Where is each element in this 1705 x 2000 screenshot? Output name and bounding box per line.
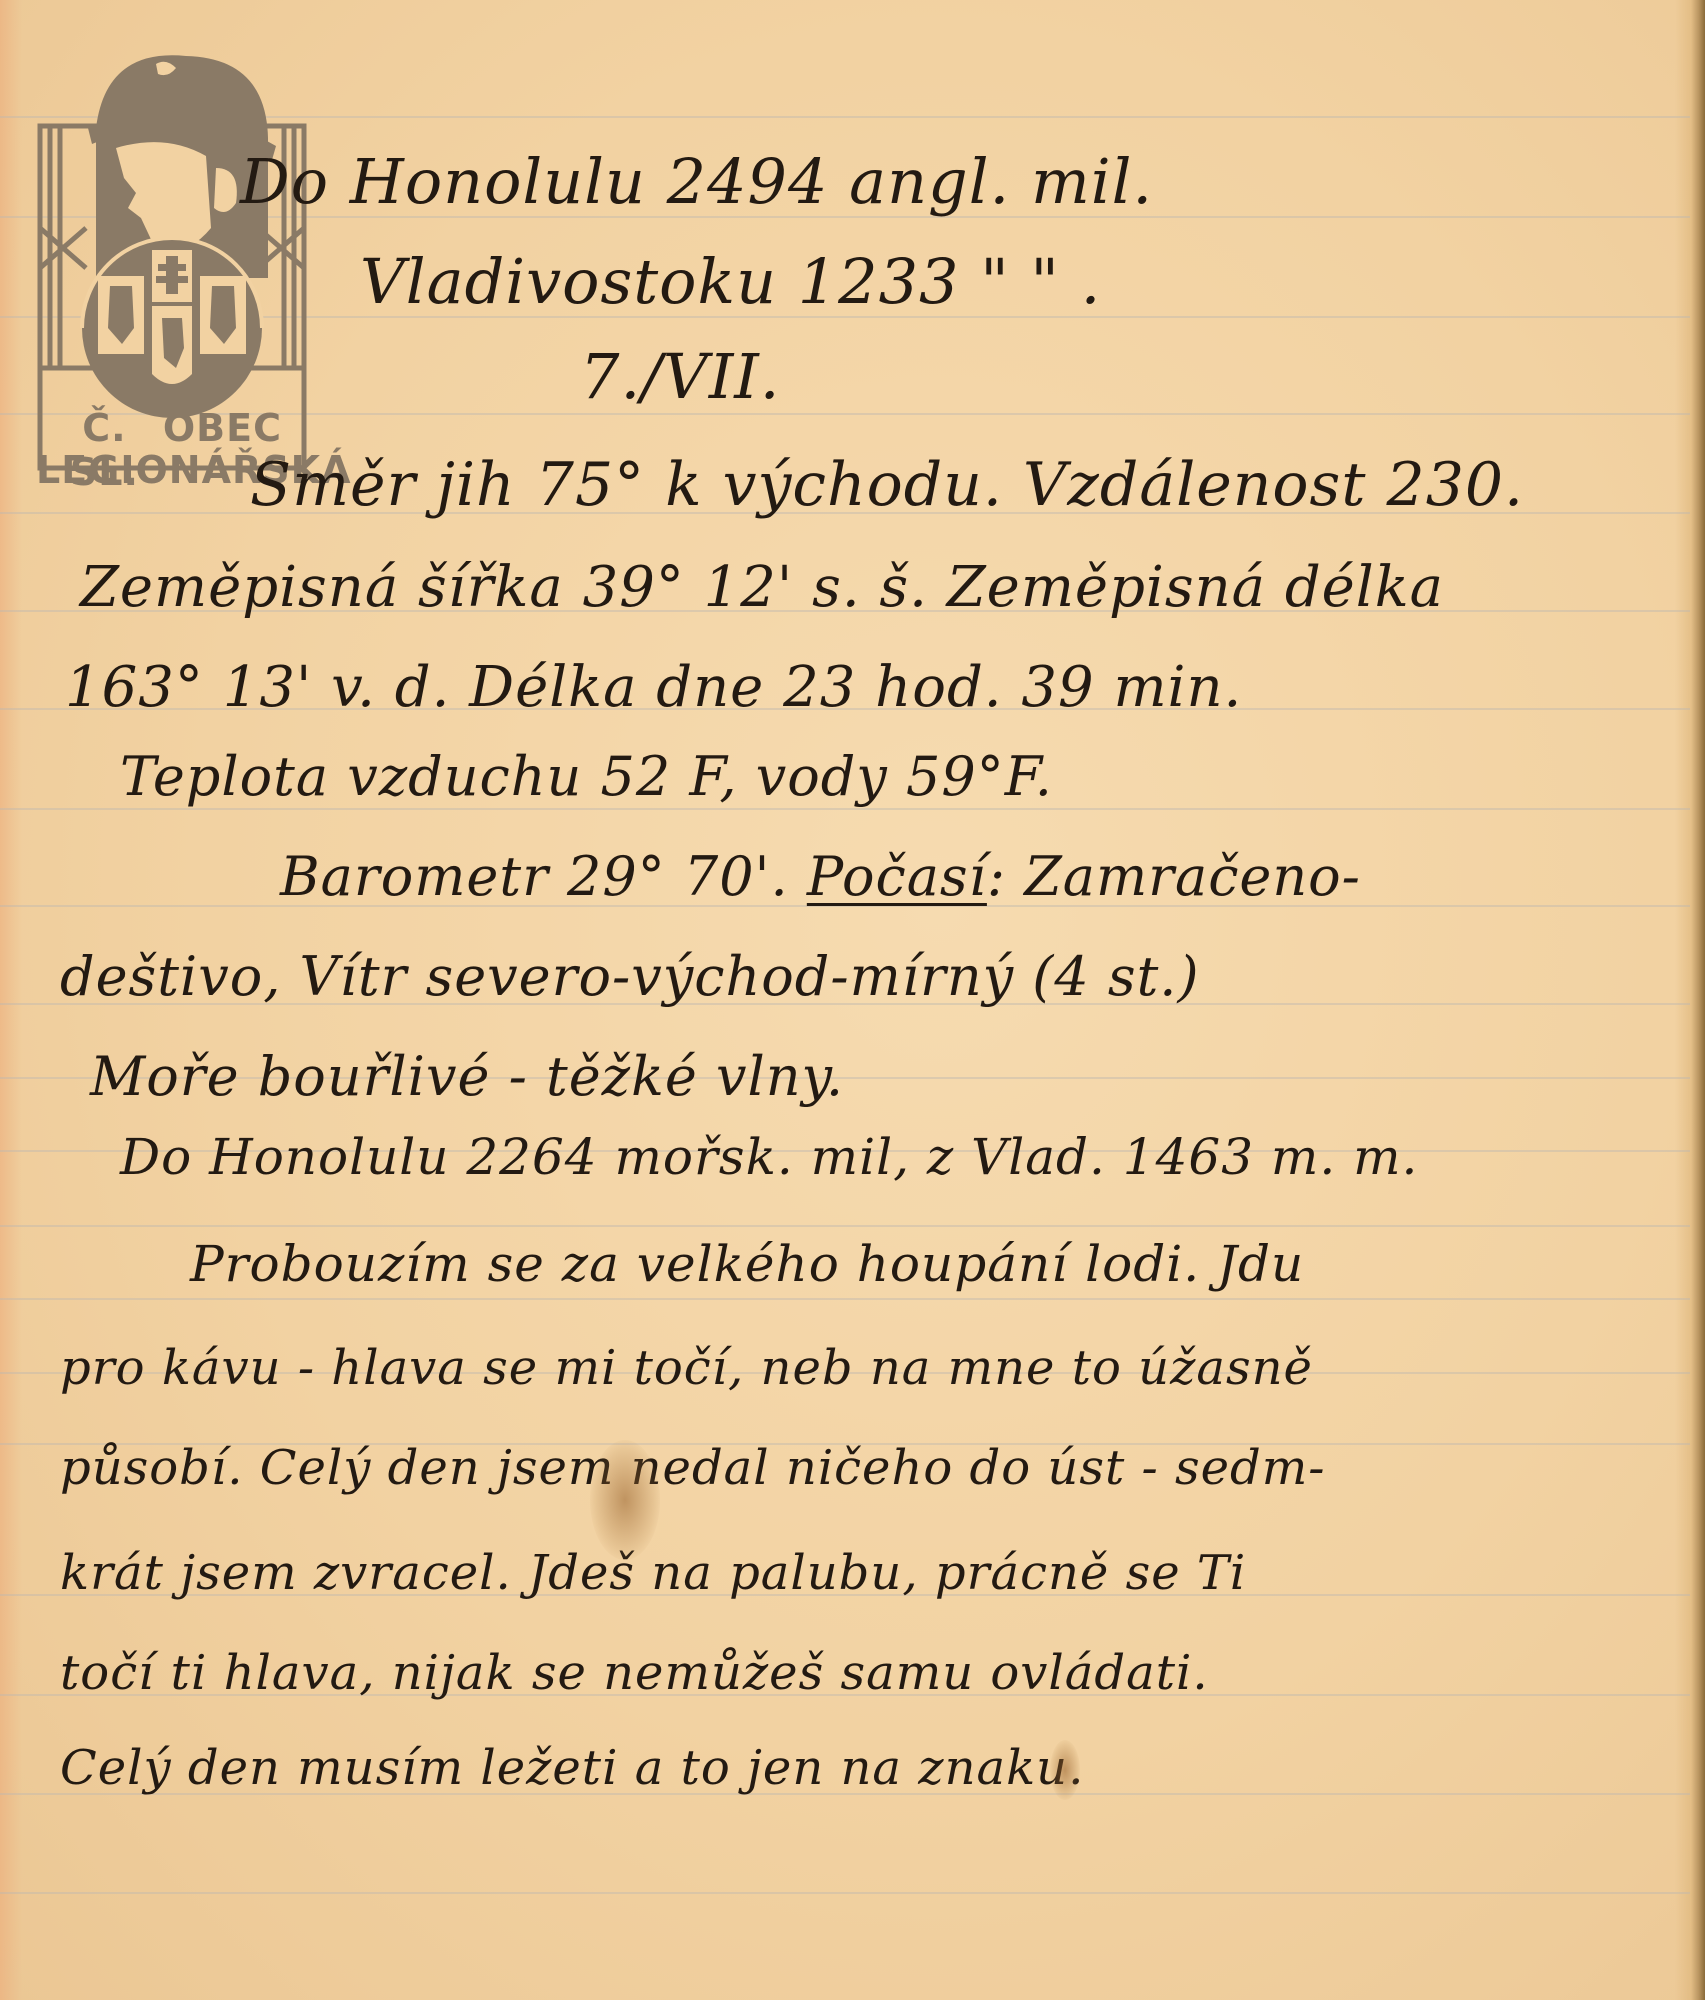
diary-line-longitude: 163° 13' v. d. Délka dne 23 hod. 39 min.	[65, 655, 1242, 720]
diary-line-narrative-2: pro kávu - hlava se mi točí, neb na mne …	[60, 1340, 1313, 1396]
ruled-line	[0, 808, 1690, 810]
weather-label: Počasí	[807, 845, 987, 908]
ruled-line	[0, 1892, 1690, 1894]
paper-stain	[590, 1440, 660, 1560]
legion-emblem-logo: Č. SL. OBEC LEGIONÁŘSKÁ	[36, 28, 308, 474]
paper-stain	[1050, 1740, 1080, 1800]
diary-line-temperature: Teplota vzduchu 52 F, vody 59°F.	[120, 745, 1053, 808]
diary-page: Č. SL. OBEC LEGIONÁŘSKÁ Do Honolulu 2494…	[0, 0, 1705, 2000]
diary-line-narrative-6: Celý den musím ležeti a to jen na znaku.	[60, 1740, 1084, 1796]
diary-line-barometer: Barometr 29° 70'. Počasí: Zamračeno-	[280, 845, 1361, 908]
diary-line-narrative-3: působí. Celý den jsem nedal ničeho do ús…	[60, 1440, 1325, 1496]
barometer-text: Barometr 29° 70'.	[280, 845, 789, 908]
diary-line-2: Vladivostoku 1233 " " .	[360, 245, 1101, 318]
diary-date: 7./VII.	[580, 340, 781, 413]
ruled-line	[0, 1298, 1690, 1300]
ruled-line	[0, 1225, 1690, 1227]
diary-line-narrative-5: točí ti hlava, nijak se nemůžeš samu ovl…	[60, 1645, 1209, 1701]
diary-line-1: Do Honolulu 2494 angl. mil.	[240, 145, 1153, 218]
diary-line-narrative-4: krát jsem zvracel. Jdeš na palubu, prácn…	[60, 1545, 1246, 1601]
diary-line-sea: Moře bouřlivé - těžké vlny.	[90, 1045, 844, 1108]
diary-line-latitude: Zeměpisná šířka 39° 12' s. š. Zeměpisná …	[80, 555, 1444, 620]
diary-line-direction: Směr jih 75° k východu. Vzdálenost 230.	[250, 450, 1524, 520]
weather-text: : Zamračeno-	[987, 845, 1361, 908]
diary-line-distance: Do Honolulu 2264 mořsk. mil, z Vlad. 146…	[120, 1128, 1418, 1186]
diary-line-narrative-1: Probouzím se za velkého houpání lodi. Jd…	[190, 1235, 1304, 1293]
diary-line-wind: deštivo, Vítr severo-východ-mírný (4 st.…	[60, 945, 1200, 1008]
